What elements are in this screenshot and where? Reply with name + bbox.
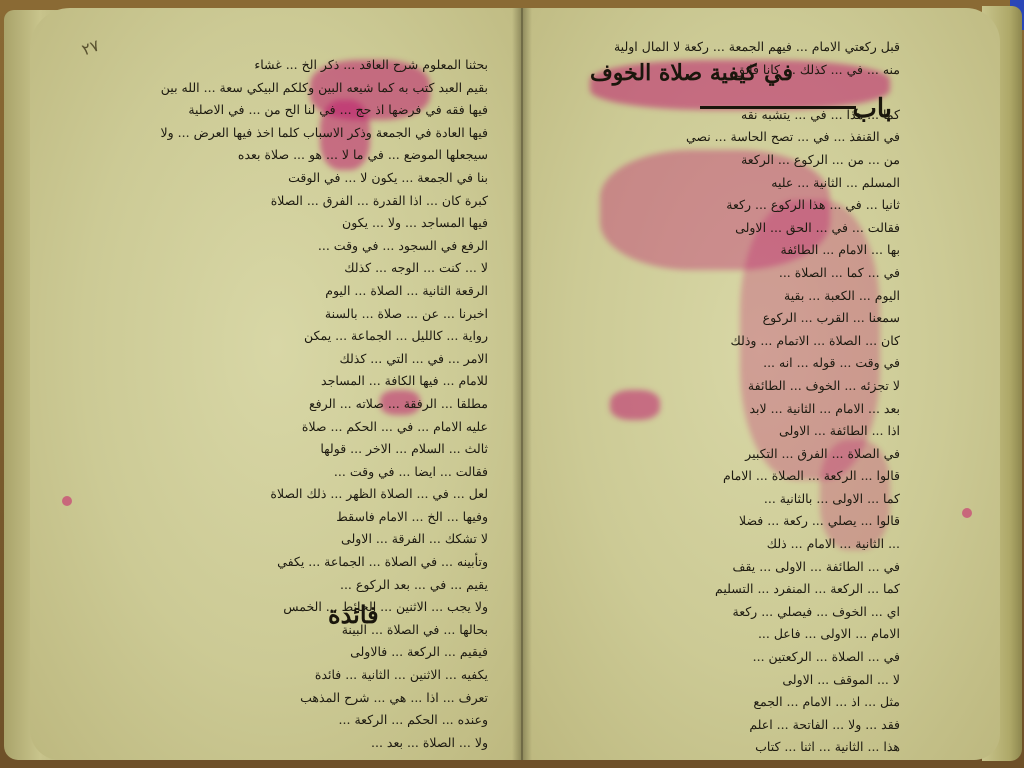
manuscript-line: في ... الصلاة ... الركعتين ... [540, 646, 900, 669]
manuscript-line: فقالت ... في ... الحق ... الاولى [540, 217, 900, 240]
manuscript-line: الرقعة الثانية ... الصلاة ... اليوم [148, 280, 488, 303]
manuscript-line: فيها العادة في الجمعة وذكر الاسباب كلما … [148, 122, 488, 145]
manuscript-line: لا ... الموقف ... الاولى [540, 669, 900, 692]
manuscript-line: ثالث ... السلام ... الاخر ... قولها [148, 438, 488, 461]
manuscript-line: لا ... كنت ... الوجه ... كذلك [148, 257, 488, 280]
manuscript-line: ثانيا ... في ... هذا الركوع ... ركعة [540, 194, 900, 217]
manuscript-line: من ... من ... الركوع ... الركعة [540, 149, 900, 172]
manuscript-line: بحثنا المعلوم شرح العاقد ... ذكر الخ ...… [148, 54, 488, 77]
manuscript-line: فيقيم ... الركعة ... فالاولى [148, 641, 488, 664]
manuscript-line: في ... الطائفة ... الاولى ... يقف [540, 556, 900, 579]
manuscript-line: اليوم ... الكعبة ... بقية [540, 285, 900, 308]
manuscript-line: فقد ... ولا ... الفاتحة ... اعلم [540, 714, 900, 737]
manuscript-line: في القنفذ ... في ... تصح الحاسة ... نصي [540, 126, 900, 149]
manuscript-line: ولا ... الصلاة ... بعد ... [148, 732, 488, 755]
manuscript-line: اخبرنا ... عن ... صلاة ... بالسنة [148, 303, 488, 326]
manuscript-line: عليه الامام ... في ... الحكم ... صلاة [148, 416, 488, 439]
manuscript-line: فيها فقه في فرضها اذ حج ... في لنا الح م… [148, 99, 488, 122]
manuscript-line: فيها المساجد ... ولا ... يكون [148, 212, 488, 235]
ink-spot [962, 508, 972, 518]
manuscript-line: بحالها ... في الصلاة ... البينة [148, 619, 488, 642]
manuscript-line: وفيها ... الخ ... الامام فاسقط [148, 506, 488, 529]
manuscript-line: ولا يجب ... الاثنين ... الحائط ... الخمس [148, 596, 488, 619]
manuscript-line: الامر ... في ... التي ... كذلك [148, 348, 488, 371]
ink-spot [62, 496, 72, 506]
manuscript-line: لعل ... في ... الصلاة الظهر ... ذلك الصل… [148, 483, 488, 506]
manuscript-line: كما ... الاولى ... بالثانية ... [540, 488, 900, 511]
open-manuscript: ٢٧ بحثنا المعلوم شرح العاقد ... ذكر الخ … [0, 0, 1024, 768]
manuscript-line: في ... كما ... الصلاة ... [540, 262, 900, 285]
manuscript-line: بعد ... الامام ... الثانية ... لابد [540, 398, 900, 421]
manuscript-line: لا تجزئه ... الخوف ... الطائفة [540, 375, 900, 398]
manuscript-line: وتأبينه ... في الصلاة ... الجماعة ... يك… [148, 551, 488, 574]
manuscript-line: كما ... الركعة ... المنفرد ... التسليم [540, 578, 900, 601]
manuscript-line: كان ... الصلاة ... الاتمام ... وذلك [540, 330, 900, 353]
manuscript-line: بقيم العبد كتب به كما شيعه البين وكلكم ا… [148, 77, 488, 100]
manuscript-line: سيجعلها الموضع ... في ما لا ... هو ... ص… [148, 144, 488, 167]
manuscript-line: بنا في الجمعة ... يكون لا ... في الوقت [148, 167, 488, 190]
book-gutter [512, 8, 532, 760]
manuscript-line: قالوا ... يصلي ... ركعة ... فضلا [540, 510, 900, 533]
manuscript-line: بها ... الامام ... الطائفة [540, 239, 900, 262]
marginal-heading-faida: فائدة [328, 600, 379, 629]
manuscript-line: لا تشكك ... الفرقة ... الاولى [148, 528, 488, 551]
manuscript-line [540, 81, 900, 104]
manuscript-line: اي ... الخوف ... فيصلي ... ركعة [540, 601, 900, 624]
manuscript-line: اذا ... الطائفة ... الاولى [540, 420, 900, 443]
manuscript-line: قبل ركعتي الامام ... فيهم الجمعة ... ركع… [540, 36, 900, 59]
manuscript-line: رواية ... كالليل ... الجماعة ... يمكن [148, 325, 488, 348]
manuscript-line: يقيم ... في ... بعد الركوع ... [148, 574, 488, 597]
manuscript-line: سمعنا ... القرب ... الركوع [540, 307, 900, 330]
manuscript-line: فقالت ... ايضا ... في وقت ... [148, 461, 488, 484]
manuscript-line: الرفع في السجود ... في وقت ... [148, 235, 488, 258]
manuscript-line: للامام ... فيها الكافة ... المساجد [148, 370, 488, 393]
manuscript-line: تعرف ... اذا ... هي ... شرح المذهب [148, 687, 488, 710]
right-page-text: قبل ركعتي الامام ... فيهم الجمعة ... ركع… [540, 36, 900, 686]
manuscript-line: منه ... في ... كذلك ... كانا فاتق [540, 59, 900, 82]
manuscript-line: المسلم ... الثانية ... عليه [540, 172, 900, 195]
manuscript-line: قالوا ... الركعة ... الصلاة ... الامام [540, 465, 900, 488]
manuscript-line: في وقت ... قوله ... انه ... [540, 352, 900, 375]
manuscript-line: وعنده ... الحكم ... الركعة ... [148, 709, 488, 732]
manuscript-line: في الصلاة ... الفرق ... التكبير [540, 443, 900, 466]
manuscript-line: هذا ... الثانية ... اثنا ... كتاب [540, 736, 900, 759]
left-page-text: بحثنا المعلوم شرح العاقد ... ذكر الخ ...… [148, 54, 488, 689]
manuscript-line: كما ... هذا ... في ... يتشبه نقه [540, 104, 900, 127]
manuscript-line: كبرة كان ... اذا القدرة ... الفرق ... ال… [148, 190, 488, 213]
manuscript-line: ... الثانية ... الامام ... ذلك [540, 533, 900, 556]
manuscript-line: الامام ... الاولى ... فاعل ... [540, 623, 900, 646]
manuscript-line: مثل ... اذ ... الامام ... الجمع [540, 691, 900, 714]
manuscript-line: مطلقا ... الرفقة ... صلاته ... الرفع [148, 393, 488, 416]
manuscript-line: يكفيه ... الاثنين ... الثانية ... فائدة [148, 664, 488, 687]
